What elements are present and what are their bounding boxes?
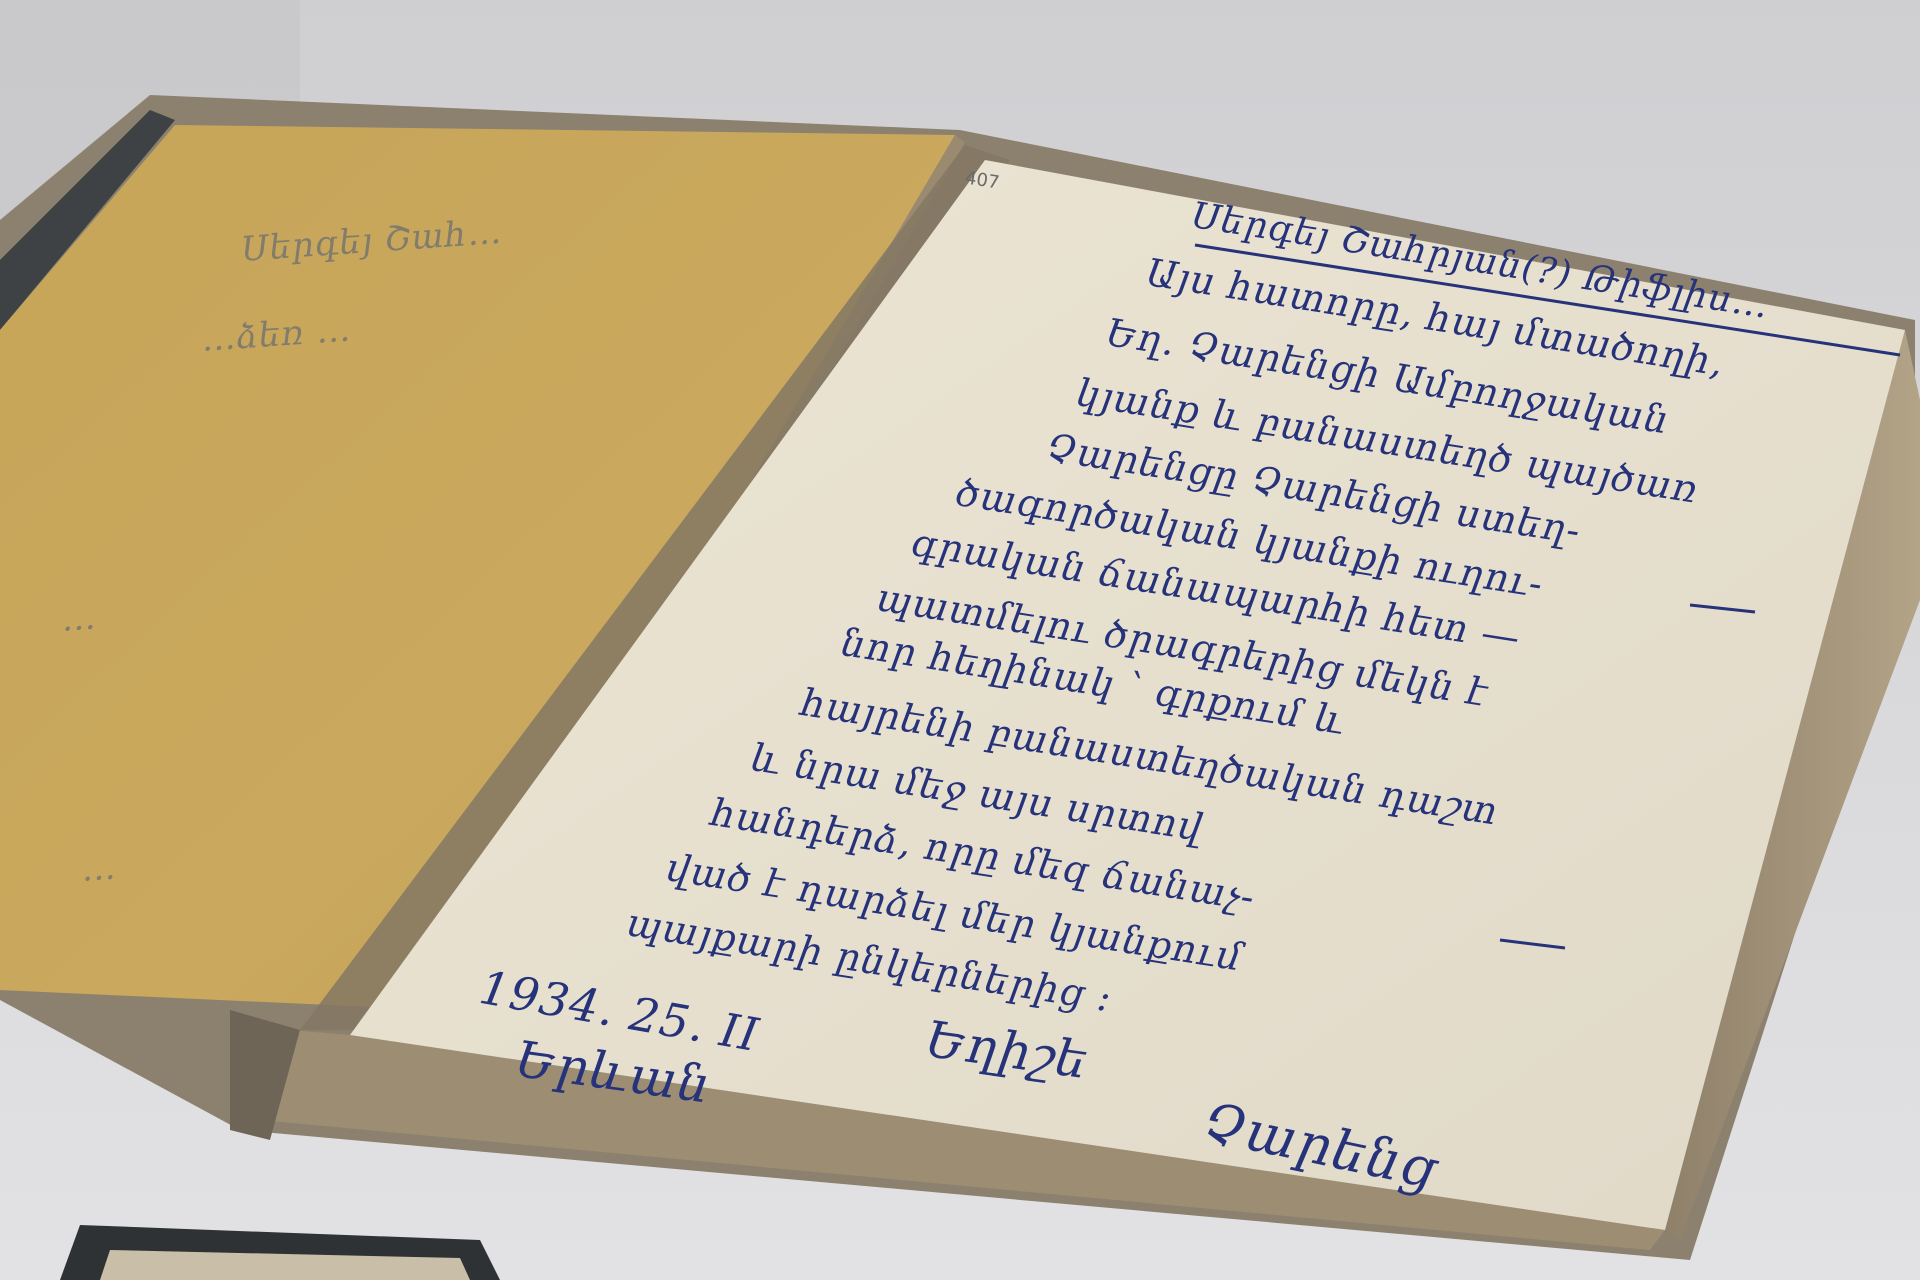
- endpaper-offset-line: …: [80, 848, 118, 890]
- endpaper-offset-line: …: [60, 598, 98, 640]
- photo-scene: Սերգեյ Շահ… …ձեռ … … … 407 Սերգեյ Շահրյա…: [0, 0, 1920, 1280]
